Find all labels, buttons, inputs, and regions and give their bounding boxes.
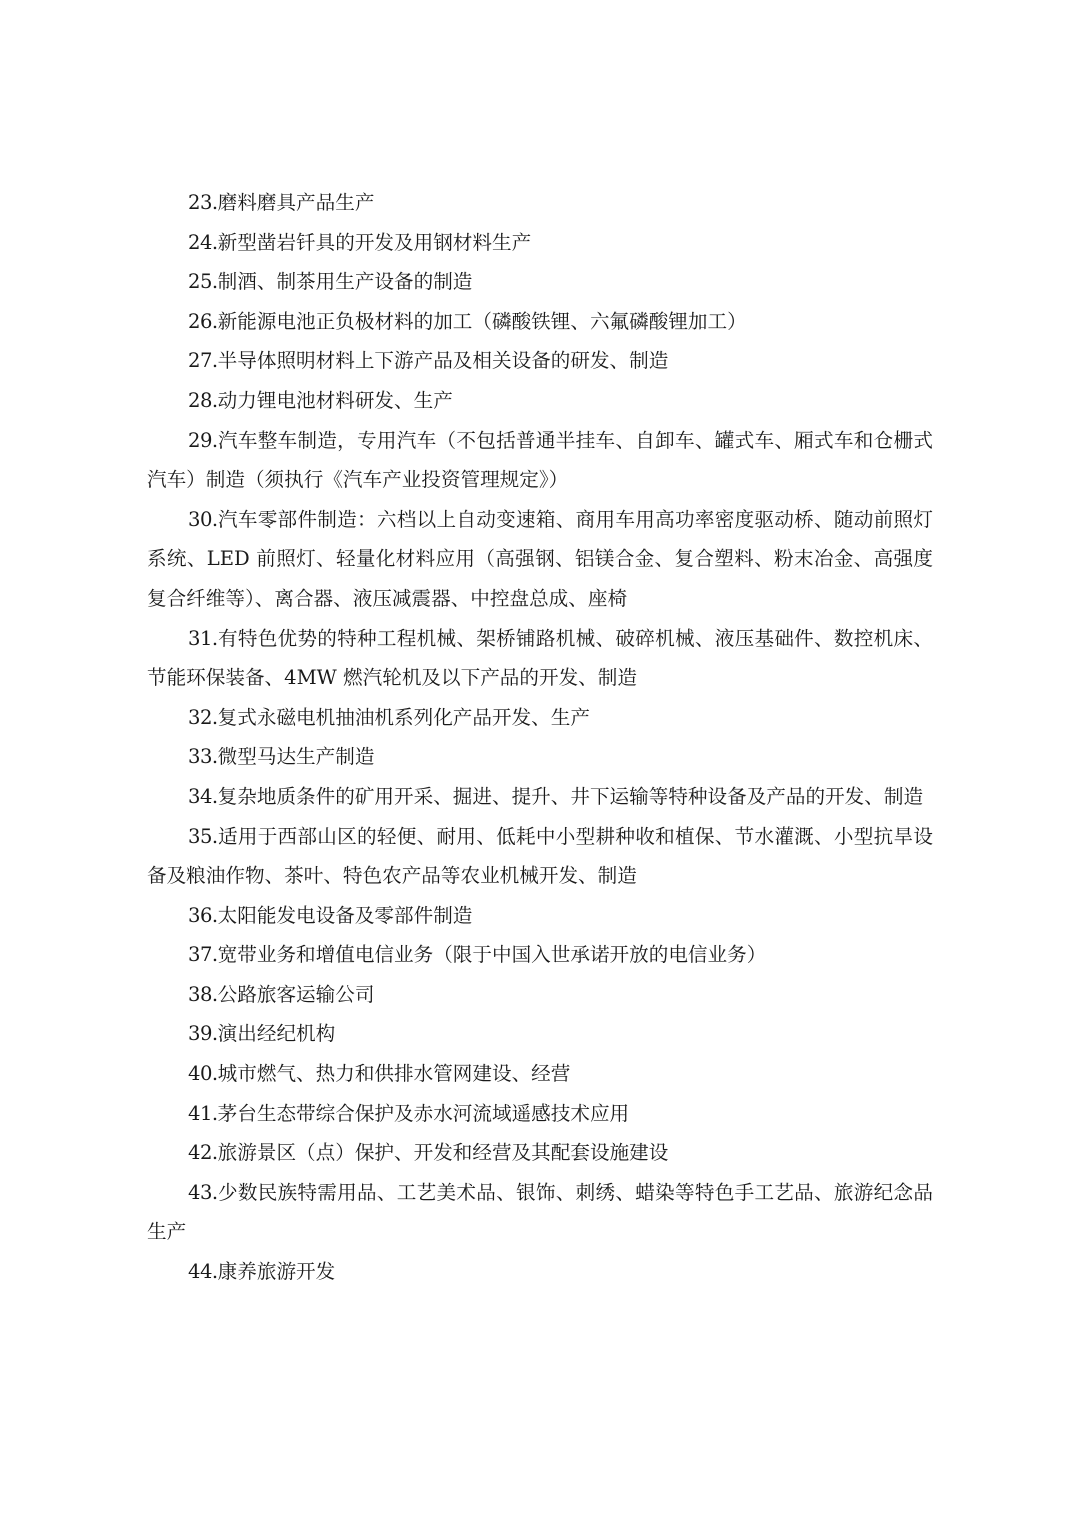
item-number: 39. (188, 1022, 218, 1045)
item-text: 城市燃气、热力和供排水管网建设、经营 (218, 1062, 571, 1085)
item-text: 演出经纪机构 (218, 1022, 336, 1045)
item-number: 42. (188, 1141, 218, 1164)
item-text: 少数民族特需用品、工艺美术品、银饰、刺绣、蜡染等特色手工艺品、旅游纪念品生产 (147, 1181, 933, 1244)
list-item: 28.动力锂电池材料研发、生产 (147, 381, 933, 421)
list-item: 23.磨料磨具产品生产 (147, 183, 933, 223)
list-item: 42.旅游景区（点）保护、开发和经营及其配套设施建设 (147, 1133, 933, 1173)
item-number: 23. (188, 191, 218, 214)
list-item: 24.新型凿岩钎具的开发及用钢材料生产 (147, 223, 933, 263)
item-text: 宽带业务和增值电信业务（限于中国入世承诺开放的电信业务） (218, 943, 767, 966)
item-number: 30. (188, 508, 218, 531)
item-number: 37. (188, 943, 218, 966)
item-text: 公路旅客运输公司 (218, 983, 375, 1006)
item-text: 汽车零部件制造：六档以上自动变速箱、商用车用高功率密度驱动桥、随动前照灯系统、L… (147, 508, 933, 610)
list-item: 44.康养旅游开发 (147, 1252, 933, 1292)
item-text: 康养旅游开发 (218, 1260, 336, 1283)
list-item: 31.有特色优势的特种工程机械、架桥铺路机械、破碎机械、液压基础件、数控机床、节… (147, 619, 933, 698)
item-number: 41. (188, 1102, 218, 1125)
list-item: 35.适用于西部山区的轻便、耐用、低耗中小型耕种收和植保、节水灌溉、小型抗旱设备… (147, 817, 933, 896)
list-item: 30.汽车零部件制造：六档以上自动变速箱、商用车用高功率密度驱动桥、随动前照灯系… (147, 500, 933, 619)
list-item: 26.新能源电池正负极材料的加工（磷酸铁锂、六氟磷酸锂加工） (147, 302, 933, 342)
list-item: 36.太阳能发电设备及零部件制造 (147, 896, 933, 936)
item-text: 微型马达生产制造 (218, 745, 375, 768)
list-item: 27.半导体照明材料上下游产品及相关设备的研发、制造 (147, 341, 933, 381)
list-item: 43.少数民族特需用品、工艺美术品、银饰、刺绣、蜡染等特色手工艺品、旅游纪念品生… (147, 1173, 933, 1252)
item-text: 复杂地质条件的矿用开采、掘进、提升、井下运输等特种设备及产品的开发、制造 (218, 785, 923, 808)
item-number: 28. (188, 389, 218, 412)
item-text: 半导体照明材料上下游产品及相关设备的研发、制造 (218, 349, 669, 372)
item-number: 24. (188, 231, 218, 254)
list-item: 41.茅台生态带综合保护及赤水河流域遥感技术应用 (147, 1094, 933, 1134)
item-number: 43. (188, 1181, 218, 1204)
item-text: 太阳能发电设备及零部件制造 (218, 904, 473, 927)
item-text: 新型凿岩钎具的开发及用钢材料生产 (218, 231, 532, 254)
item-text: 复式永磁电机抽油机系列化产品开发、生产 (218, 706, 590, 729)
item-number: 36. (188, 904, 218, 927)
list-item: 33.微型马达生产制造 (147, 737, 933, 777)
item-number: 26. (188, 310, 218, 333)
item-number: 35. (188, 825, 218, 848)
item-number: 32. (188, 706, 218, 729)
list-item: 37.宽带业务和增值电信业务（限于中国入世承诺开放的电信业务） (147, 935, 933, 975)
document-page: 23.磨料磨具产品生产 24.新型凿岩钎具的开发及用钢材料生产 25.制酒、制茶… (147, 183, 933, 1292)
item-number: 34. (188, 785, 218, 808)
item-number: 27. (188, 349, 218, 372)
item-text: 磨料磨具产品生产 (218, 191, 375, 214)
item-number: 40. (188, 1062, 218, 1085)
item-text: 动力锂电池材料研发、生产 (218, 389, 453, 412)
list-item: 34.复杂地质条件的矿用开采、掘进、提升、井下运输等特种设备及产品的开发、制造 (147, 777, 933, 817)
list-item: 29.汽车整车制造，专用汽车（不包括普通半挂车、自卸车、罐式车、厢式车和仓栅式汽… (147, 421, 933, 500)
item-text: 旅游景区（点）保护、开发和经营及其配套设施建设 (218, 1141, 669, 1164)
item-text: 适用于西部山区的轻便、耐用、低耗中小型耕种收和植保、节水灌溉、小型抗旱设备及粮油… (147, 825, 933, 888)
item-number: 33. (188, 745, 218, 768)
list-item: 40.城市燃气、热力和供排水管网建设、经营 (147, 1054, 933, 1094)
item-text: 汽车整车制造，专用汽车（不包括普通半挂车、自卸车、罐式车、厢式车和仓栅式汽车）制… (147, 429, 933, 492)
item-text: 制酒、制茶用生产设备的制造 (218, 270, 473, 293)
item-number: 38. (188, 983, 218, 1006)
list-item: 32.复式永磁电机抽油机系列化产品开发、生产 (147, 698, 933, 738)
item-number: 29. (188, 429, 218, 452)
item-text: 茅台生态带综合保护及赤水河流域遥感技术应用 (218, 1102, 629, 1125)
item-text: 新能源电池正负极材料的加工（磷酸铁锂、六氟磷酸锂加工） (218, 310, 747, 333)
list-item: 38.公路旅客运输公司 (147, 975, 933, 1015)
list-item: 39.演出经纪机构 (147, 1014, 933, 1054)
item-number: 25. (188, 270, 218, 293)
item-number: 31. (188, 627, 218, 650)
item-text: 有特色优势的特种工程机械、架桥铺路机械、破碎机械、液压基础件、数控机床、节能环保… (147, 627, 933, 690)
list-item: 25.制酒、制茶用生产设备的制造 (147, 262, 933, 302)
item-number: 44. (188, 1260, 218, 1283)
